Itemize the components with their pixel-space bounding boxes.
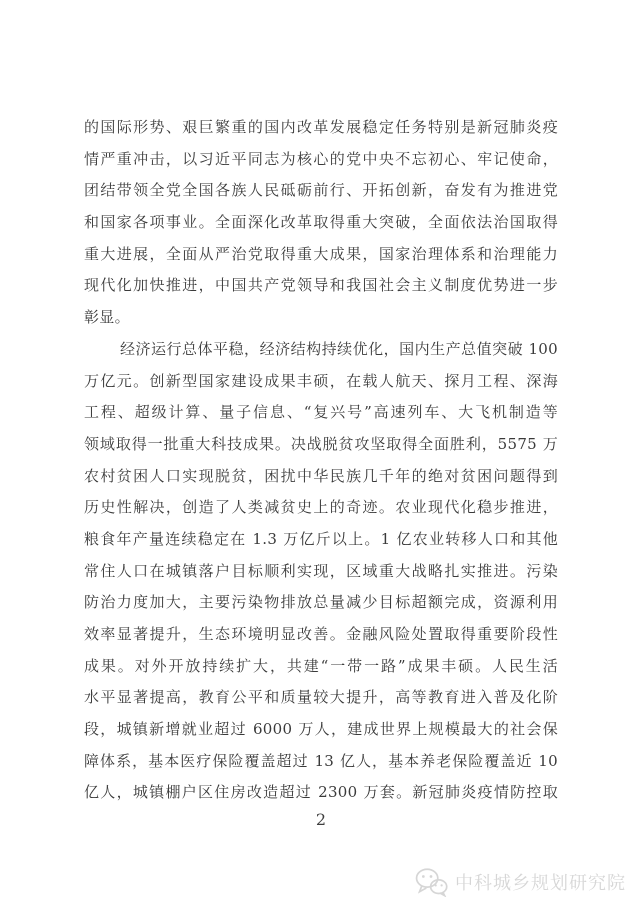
text-line: 工程、超级计算、量子信息、“复兴号”高速列车、大飞机制造等 bbox=[84, 397, 558, 429]
text-line: 段，城镇新增就业超过 6000 万人，建成世界上规模最大的社会保 bbox=[84, 714, 558, 746]
text-line: 万亿元。创新型国家建设成果丰硕，在载人航天、探月工程、深海 bbox=[84, 366, 558, 398]
watermark: 中科城乡规划研究院 bbox=[414, 867, 626, 897]
text-line: 经济运行总体平稳，经济结构持续优化，国内生产总值突破 100 bbox=[84, 334, 558, 366]
page-number: 2 bbox=[84, 810, 558, 829]
text-line: 水平显著提高，教育公平和质量较大提升，高等教育进入普及化阶 bbox=[84, 682, 558, 714]
text-line: 效率显著提升，生态环境明显改善。金融风险处置取得重要阶段性 bbox=[84, 619, 558, 651]
text-line: 的国际形势、艰巨繁重的国内改革发展稳定任务特别是新冠肺炎疫 bbox=[84, 112, 558, 144]
text-line: 常住人口在城镇落户目标顺利实现，区域重大战略扎实推进。污染 bbox=[84, 556, 558, 588]
text-line: 现代化加快推进，中国共产党领导和我国社会主义制度优势进一步 bbox=[84, 270, 558, 302]
text-line: 重大进展，全面从严治党取得重大成果，国家治理体系和治理能力 bbox=[84, 239, 558, 271]
text-line: 防治力度加大，主要污染物排放总量减少目标超额完成，资源利用 bbox=[84, 587, 558, 619]
document-page: 的国际形势、艰巨繁重的国内改革发展稳定任务特别是新冠肺炎疫情严重冲击，以习近平同… bbox=[0, 0, 640, 905]
text-line: 彰显。 bbox=[84, 302, 558, 334]
text-line: 和国家各项事业。全面深化改革取得重大突破，全面依法治国取得 bbox=[84, 207, 558, 239]
watermark-text: 中科城乡规划研究院 bbox=[455, 869, 626, 895]
text-line: 领域取得一批重大科技成果。决战脱贫攻坚取得全面胜利，5575 万 bbox=[84, 429, 558, 461]
text-line: 农村贫困人口实现脱贫，困扰中华民族几千年的绝对贫困问题得到 bbox=[84, 461, 558, 493]
document-body-text: 的国际形势、艰巨繁重的国内改革发展稳定任务特别是新冠肺炎疫情严重冲击，以习近平同… bbox=[84, 112, 558, 809]
text-line: 成果。对外开放持续扩大，共建“一带一路”成果丰硕。人民生活 bbox=[84, 651, 558, 683]
text-line: 粮食年产量连续稳定在 1.3 万亿斤以上。1 亿农业转移人口和其他 bbox=[84, 524, 558, 556]
wechat-icon bbox=[414, 867, 448, 897]
text-line: 情严重冲击，以习近平同志为核心的党中央不忘初心、牢记使命， bbox=[84, 144, 558, 176]
text-line: 障体系，基本医疗保险覆盖超过 13 亿人，基本养老保险覆盖近 10 bbox=[84, 746, 558, 778]
text-line: 团结带领全党全国各族人民砥砺前行、开拓创新，奋发有为推进党 bbox=[84, 175, 558, 207]
text-line: 亿人，城镇棚户区住房改造超过 2300 万套。新冠肺炎疫情防控取 bbox=[84, 777, 558, 809]
text-line: 历史性解决，创造了人类减贫史上的奇迹。农业现代化稳步推进， bbox=[84, 492, 558, 524]
